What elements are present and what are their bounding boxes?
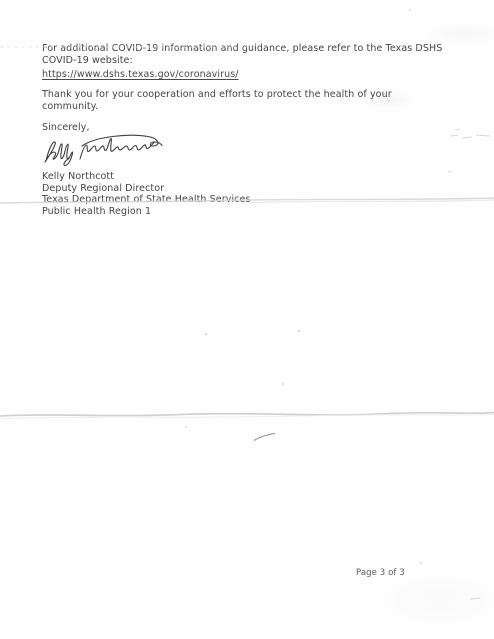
scanned-letter-page: For additional COVID-19 information and … (0, 0, 494, 639)
closing-salutation: Sincerely, (42, 122, 90, 134)
signer-title: Deputy Regional Director (42, 183, 251, 195)
dshs-coronavirus-link[interactable]: https://www.dshs.texas.gov/coronavirus/ (42, 69, 239, 80)
paragraph-covid-info: For additional COVID-19 information and … (42, 43, 442, 81)
text-line: COVID-19 website: (42, 55, 442, 67)
text-line: community. (42, 101, 392, 113)
link-line: https://www.dshs.texas.gov/coronavirus/ (42, 69, 442, 81)
signer-region: Public Health Region 1 (42, 206, 251, 218)
paragraph-thank-you: Thank you for your cooperation and effor… (42, 89, 392, 112)
signature-block: Kelly Northcott Deputy Regional Director… (42, 171, 251, 217)
signer-name: Kelly Northcott (42, 171, 251, 183)
handwritten-signature (38, 133, 172, 169)
signer-organization: Texas Department of State Health Service… (42, 194, 251, 206)
text-line: Thank you for your cooperation and effor… (42, 89, 392, 101)
text-line: For additional COVID-19 information and … (42, 43, 442, 55)
letter-body: For additional COVID-19 information and … (0, 0, 494, 639)
page-number: Page 3 of 3 (356, 568, 405, 578)
